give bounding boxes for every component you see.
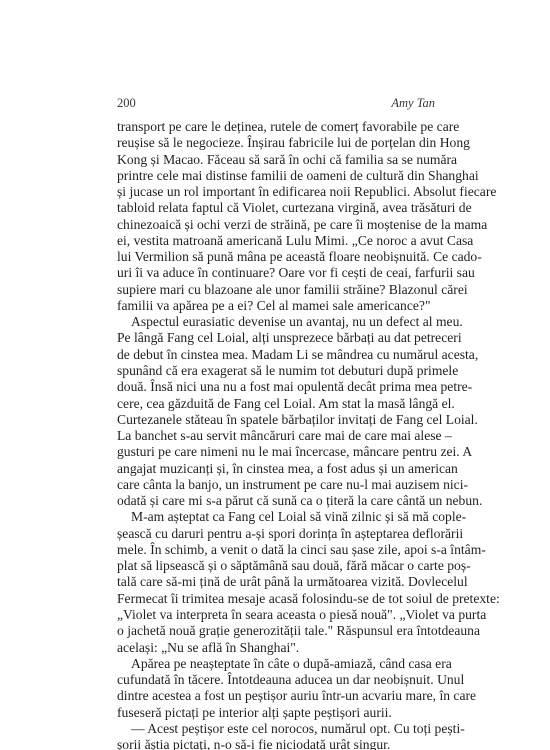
text-line: M-am așteptat ca Fang cel Loial să vină … (117, 509, 435, 525)
text-line: mele. În schimb, a venit o dată la cinci… (117, 542, 435, 558)
text-line: cufundată în tăcere. Întotdeauna aducea … (117, 672, 435, 688)
text-line: angajat muzicanți și, în cinstea mea, a … (117, 461, 435, 477)
author-name: Amy Tan (391, 95, 435, 111)
text-line: odată și care mi s-a părut că sună ca o … (117, 493, 435, 509)
text-line: uri îi va aduce în continuare? Oare vor … (117, 265, 435, 281)
body-text: transport pe care le deținea, rutele de … (117, 119, 435, 750)
text-line: același: „Nu se află în Shanghai". (117, 640, 435, 656)
text-line: ei, vestita matroană americană Lulu Mimi… (117, 233, 435, 249)
text-line: spunând că era exagerat să le numim tot … (117, 363, 435, 379)
text-line: Apărea pe neașteptate în câte o după-ami… (117, 656, 435, 672)
text-line: supiere mari cu blazoane ale unor famili… (117, 282, 435, 298)
running-header: 200 Amy Tan (117, 95, 435, 111)
text-line: „Violet va interpreta în seara aceasta o… (117, 607, 435, 623)
text-line: șească cu daruri pentru a-și spori dorin… (117, 526, 435, 542)
text-line: care cânta la banjo, un instrument pe ca… (117, 477, 435, 493)
text-line: șorii ăștia pictați, n-o să-i fie niciod… (117, 737, 435, 750)
text-line: Pe lângă Fang cel Loial, alți unsprezece… (117, 330, 435, 346)
text-line: Fermecat îi trimitea mesaje acasă folosi… (117, 591, 435, 607)
text-line: plat să lipsească și o săptămână sau dou… (117, 558, 435, 574)
text-line: gusturi pe care nimeni nu le mai încerca… (117, 444, 435, 460)
text-line: dintre acestea a fost un peștișor auriu … (117, 688, 435, 704)
text-line: Kong și Macao. Făceau să sară în ochi că… (117, 152, 435, 168)
text-line: transport pe care le deținea, rutele de … (117, 119, 435, 135)
text-line: două. Însă nici una nu a fost mai opulen… (117, 379, 435, 395)
text-line: și jucase un rol important în edificarea… (117, 184, 435, 200)
text-line: Aspectul eurasiatic devenise un avantaj,… (117, 314, 435, 330)
text-line: lui Vermilion să pună mâna pe această fl… (117, 249, 435, 265)
text-line: reușise să le negocieze. Înșirau fabrici… (117, 135, 435, 151)
text-line: tală care să-mi țină de urât până la urm… (117, 574, 435, 590)
text-line: — Acest peștișor este cel norocos, număr… (117, 721, 435, 737)
text-line: chinezoaică și ochi verzi de străină, pe… (117, 217, 435, 233)
text-line: fuseseră pictați pe interior alți șapte … (117, 705, 435, 721)
text-line: o jachetă nouă grație generozității tale… (117, 623, 435, 639)
text-line: de debut în cinstea mea. Madam Li se mân… (117, 347, 435, 363)
text-line: familii va apărea pe a ei? Cel al mamei … (117, 298, 435, 314)
page-number: 200 (117, 95, 136, 111)
text-line: cere, cea găzduită de Fang cel Loial. Am… (117, 396, 435, 412)
text-line: La banchet s-au servit mâncăruri care ma… (117, 428, 435, 444)
text-line: Curtezanele stăteau în spatele bărbațilo… (117, 412, 435, 428)
text-line: printre cele mai distinse familii de oam… (117, 168, 435, 184)
book-page: 200 Amy Tan transport pe care le deținea… (0, 0, 550, 750)
text-line: tabloid relata faptul că Violet, curteza… (117, 200, 435, 216)
